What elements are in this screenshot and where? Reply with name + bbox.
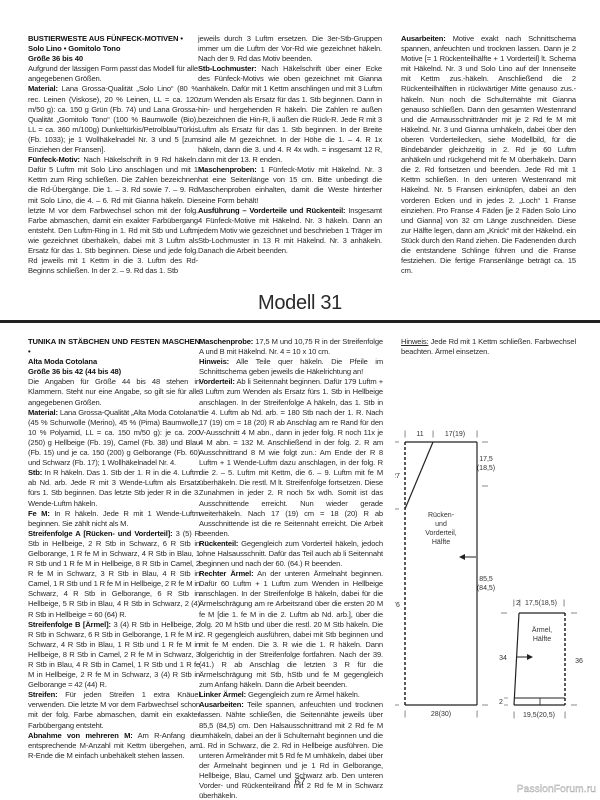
abnahme-label: Abnahme von mehreren M: bbox=[28, 731, 133, 740]
svg-text:|: | bbox=[404, 431, 406, 438]
vorderteil-label: Vorderteil: bbox=[199, 377, 235, 386]
proben-section: Maschenproben: 1 Fünfeck-Motiv mit Häkel… bbox=[198, 165, 382, 205]
linker-aermel-text: Gegengleich zum re Ärmel häkeln. bbox=[248, 690, 360, 699]
dim-side-seam-alt: (84,5) bbox=[477, 585, 495, 592]
motiv-text: Nach Häkelschrift in 9 Rd häkeln. Dafür … bbox=[28, 155, 198, 275]
proben-label: Maschenproben: bbox=[198, 165, 257, 174]
dim-body-width: 28(30) bbox=[431, 711, 451, 718]
body-label-line-4: Hälfte bbox=[432, 539, 450, 546]
arrow-left-icon bbox=[459, 554, 465, 560]
streifenfolge-b-text: 3 (4) R Stb in Hellbeige, 2 R Stb in Sch… bbox=[28, 620, 200, 690]
model-size: Größe 36 bis 42 (44 bis 48) bbox=[28, 367, 200, 377]
page-number: 67 bbox=[0, 777, 600, 788]
ausarbeiten-text: Motive exakt nach Schnittschema spannen,… bbox=[401, 34, 576, 275]
material-section: Material: Lana Grossa-Qualität „Alta Mod… bbox=[28, 408, 200, 469]
fem-text: In R häkeln. Jede R mit 1 Wende-Luftm be… bbox=[28, 509, 200, 528]
svg-text:|: | bbox=[432, 431, 434, 438]
svg-text:|: | bbox=[564, 712, 566, 719]
ausfuehrung-section: Ausführung – Vorderteile und Rückenteil:… bbox=[198, 206, 382, 256]
model-column-1: TUNIKA IN STÄBCHEN UND FESTEN MASCHEN • … bbox=[28, 337, 200, 761]
streifenfolge-b-label: Streifenfolge B [Ärmel]: bbox=[28, 620, 111, 629]
dim-sleeve-cuff: 2 bbox=[499, 699, 503, 706]
rechter-aermel-text: An der unteren Ärmelnaht beginnen. Dafür… bbox=[199, 569, 383, 689]
prev-model-column-2: jeweils durch 3 Luftm ersetzen. Die 3er-… bbox=[198, 34, 382, 256]
linker-aermel-label: Linker Ärmel: bbox=[199, 690, 246, 699]
streifen-label: Streifen: bbox=[28, 690, 57, 699]
loch-text: Nach Häkelschrift über einer Ecke des Fü… bbox=[198, 64, 382, 164]
rueckenteil-section: Rückenteil: Gegengleich zum Vorderteil h… bbox=[199, 539, 383, 569]
stb-label: Stb: bbox=[28, 468, 42, 477]
section-divider bbox=[0, 320, 600, 323]
svg-text:|: | bbox=[563, 600, 565, 607]
dim-v-neck: 27 bbox=[395, 473, 400, 480]
material-text: Lana Grossa-Qualität „Solo Lino“ (80 % r… bbox=[28, 84, 198, 154]
prev-model-size: Größe 36 bis 40 bbox=[28, 54, 198, 64]
prev-model-column-1: BUSTIERWESTE AUS FÜNFECK-MOTIVEN • Solo … bbox=[28, 34, 198, 276]
model-column-3: Hinweis: Jede Rd mit 1 Kettm schließen. … bbox=[401, 337, 576, 357]
model-column-2: Maschenprobe: 17,5 M und 10,75 R in der … bbox=[199, 337, 383, 800]
dim-side-seam: 85,5 bbox=[479, 576, 493, 583]
material-label: Material: bbox=[28, 408, 58, 417]
sleeve-label-line-1: Ärmel, bbox=[532, 626, 552, 634]
streifen-section: Streifen: Für jeden Streifen 1 extra Knä… bbox=[28, 690, 200, 730]
hinweis2-label: Hinweis: bbox=[401, 337, 429, 346]
prev-model-intro: Aufgrund der lässigen Form passt das Mod… bbox=[28, 64, 198, 84]
watermark: PassionForum.ru bbox=[517, 784, 596, 795]
vorderteil-section: Vorderteil: Ab li Seitennaht beginnen. D… bbox=[199, 377, 383, 539]
maschenprobe-section: Maschenprobe: 17,5 M und 10,75 R in der … bbox=[199, 337, 383, 357]
motiv-label: Fünfeck-Motiv: bbox=[28, 155, 80, 164]
fem-section: Fe M: In R häkeln. Jede R mit 1 Wende-Lu… bbox=[28, 509, 200, 529]
hinweis-label: Hinweis: bbox=[199, 357, 229, 366]
stb-section: Stb: In R häkeln. Das 1. Stb der 1. R in… bbox=[28, 468, 200, 508]
vorderteil-text: Ab li Seitennaht beginnen. Dafür 179 Luf… bbox=[199, 377, 383, 537]
maschenprobe-label: Maschenprobe: bbox=[199, 337, 253, 346]
streifenfolge-a-section: Streifenfolge A [Rücken- und Vorderteil]… bbox=[28, 529, 200, 620]
material-label: Material: bbox=[28, 84, 58, 93]
dim-sleeve-length: 36 bbox=[575, 658, 583, 665]
model-yarn: Alta Moda Cotolana bbox=[28, 357, 200, 367]
fem-label: Fe M: bbox=[28, 509, 50, 518]
motiv-continued: jeweils durch 3 Luftm ersetzen. Die 3er-… bbox=[198, 34, 382, 64]
dim-sleeve-seam: 34 bbox=[499, 655, 507, 662]
hinweis2-section: Hinweis: Jede Rd mit 1 Kettm schließen. … bbox=[401, 337, 576, 357]
pattern-schematic: | 11 | 17(19) | 17,5 (18,5) 27 76 85,5 (… bbox=[395, 420, 600, 720]
svg-text:|: | bbox=[404, 711, 406, 718]
arrow-right-icon bbox=[527, 654, 533, 660]
prev-ausarbeiten-section: Ausarbeiten: Motive exakt nach Schnittsc… bbox=[401, 34, 576, 276]
loch-label: Stb-Lochmuster: bbox=[198, 64, 257, 73]
sleeve-diagram: | 2 | 17,5(18,5) | Ärmel, Hälfte 34 36 2… bbox=[499, 600, 583, 719]
body-piece-diagram: | 11 | 17(19) | 17,5 (18,5) 27 76 85,5 (… bbox=[395, 431, 495, 718]
loch-section: Stb-Lochmuster: Nach Häkelschrift über e… bbox=[198, 64, 382, 165]
prev-model-column-3: Ausarbeiten: Motive exakt nach Schnittsc… bbox=[401, 34, 576, 276]
svg-text:|: | bbox=[476, 711, 478, 718]
ausarbeiten-label: Ausarbeiten: bbox=[199, 700, 244, 709]
prev-motiv-section: Fünfeck-Motiv: Nach Häkelschrift in 9 Rd… bbox=[28, 155, 198, 276]
streifenfolge-a-label: Streifenfolge A [Rücken- und Vorderteil]… bbox=[28, 529, 172, 538]
ausfuehrung-label: Ausführung – Vorderteile und Rückenteil: bbox=[198, 206, 345, 215]
body-label-line-2: und bbox=[435, 521, 447, 528]
rechter-aermel-section: Rechter Ärmel: An der unteren Ärmelnaht … bbox=[199, 569, 383, 690]
body-label-line-3: Vorderteil, bbox=[425, 530, 457, 537]
svg-text:|: | bbox=[513, 712, 515, 719]
hinweis-section: Hinweis: Alle Teile quer häkeln. Die Pfe… bbox=[199, 357, 383, 377]
svg-text:|: | bbox=[519, 600, 521, 607]
prev-model-title: BUSTIERWESTE AUS FÜNFECK-MOTIVEN • bbox=[28, 34, 198, 44]
dim-sleeve-width: 19,5(20,5) bbox=[523, 712, 555, 719]
rueckenteil-label: Rückenteil: bbox=[199, 539, 238, 548]
abnahme-section: Abnahme von mehreren M: Am R-Anfang die … bbox=[28, 731, 200, 761]
dim-shoulder-width: 17(19) bbox=[445, 431, 465, 438]
linker-aermel-section: Linker Ärmel: Gegengleich zum re Ärmel h… bbox=[199, 690, 383, 700]
prev-model-yarn: Solo Lino • Gomitolo Tono bbox=[28, 44, 198, 54]
stb-text: In R häkeln. Das 1. Stb der 1. R in die … bbox=[28, 468, 200, 507]
streifenfolge-b-section: Streifenfolge B [Ärmel]: 3 (4) R Stb in … bbox=[28, 620, 200, 691]
dim-neck-depth-alt: (18,5) bbox=[477, 465, 495, 472]
dim-neck-width: 11 bbox=[416, 431, 423, 438]
model-title: TUNIKA IN STÄBCHEN UND FESTEN MASCHEN • bbox=[28, 337, 200, 357]
sleeve-label-line-2: Hälfte bbox=[533, 636, 551, 643]
streifenfolge-a-text: 3 (5) R Stb in Hellbeige, 2 R Stb in Sch… bbox=[28, 529, 200, 619]
dim-body-left: 76 bbox=[395, 602, 400, 609]
prev-material-section: Material: Lana Grossa-Qualität „Solo Lin… bbox=[28, 84, 198, 155]
ausarbeiten-label: Ausarbeiten: bbox=[401, 34, 446, 43]
section-heading: Modell 31 bbox=[0, 292, 600, 315]
svg-text:|: | bbox=[513, 600, 515, 607]
rechter-aermel-label: Rechter Ärmel: bbox=[199, 569, 253, 578]
svg-text:|: | bbox=[476, 431, 478, 438]
dim-neck-depth: 17,5 bbox=[479, 456, 493, 463]
model-intro: Die Angaben für Größe 44 bis 48 stehen i… bbox=[28, 377, 200, 407]
dim-sleeve-top: 17,5(18,5) bbox=[525, 600, 557, 607]
body-label-line-1: Rücken- bbox=[428, 512, 455, 519]
